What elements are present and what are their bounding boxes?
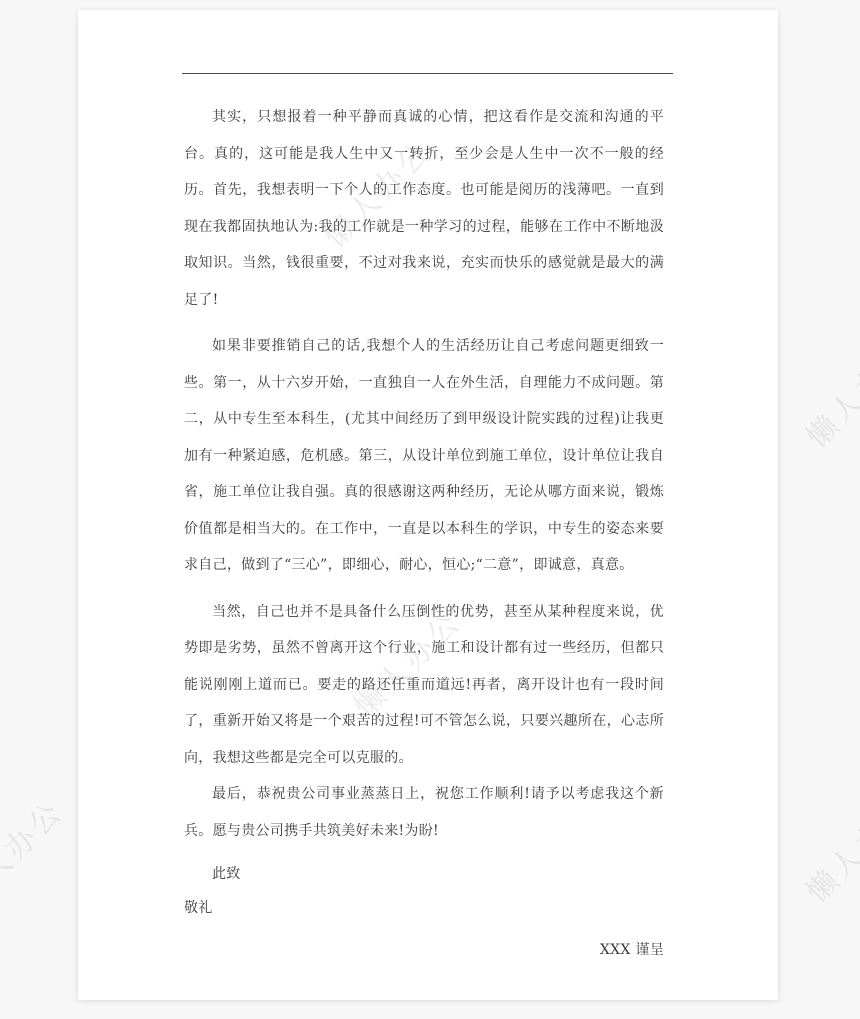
paragraph-2: 如果非要推销自己的话,我想个人的生活经历让自己考虑问题更细致一些。第一，从十六岁… bbox=[184, 328, 664, 584]
closing-phrase: 此致 bbox=[184, 857, 664, 891]
signature: XXX 谨呈 bbox=[184, 933, 664, 967]
letter-body: 其实，只想报着一种平静而真诚的心情，把这看作是交流和沟通的平台。真的，这可能是我… bbox=[184, 99, 664, 967]
salutation: 敬礼 bbox=[184, 891, 664, 925]
paragraph-1: 其实，只想报着一种平静而真诚的心情，把这看作是交流和沟通的平台。真的，这可能是我… bbox=[184, 99, 664, 318]
watermark: 懒人办公 bbox=[794, 783, 860, 910]
paragraph-4: 最后，恭祝贵公司事业蒸蒸日上，祝您工作顺利!请予以考虑我这个新兵。愿与贵公司携手… bbox=[184, 776, 664, 849]
paragraph-3: 当然，自己也并不是具备什么压倒性的优势，甚至从某种程度来说，优势即是劣势，虽然不… bbox=[184, 594, 664, 777]
watermark: 懒人办公 bbox=[794, 328, 860, 455]
watermark: 懒人办公 bbox=[0, 788, 72, 915]
document-page: 懒人办公 懒人办公 其实，只想报着一种平静而真诚的心情，把这看作是交流和沟通的平… bbox=[78, 10, 778, 1000]
header-rule bbox=[182, 73, 673, 74]
